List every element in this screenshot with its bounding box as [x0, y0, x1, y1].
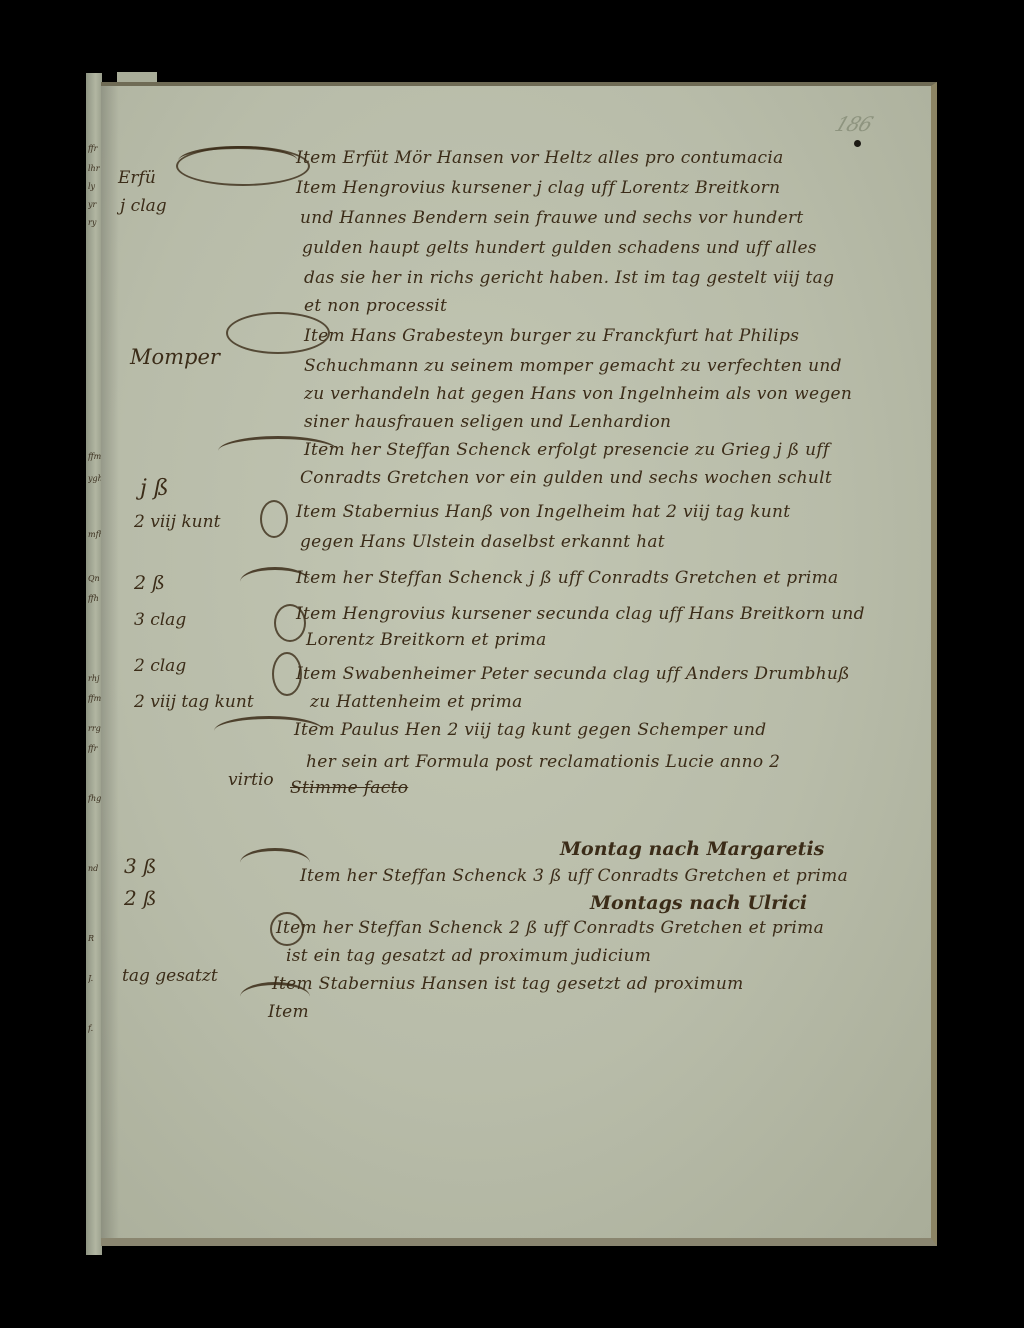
backleaf-scribble: ffm — [88, 693, 102, 704]
text-line: Item Erfüt Mör Hansen vor Heltz alles pr… — [296, 148, 784, 168]
text-line: Lorentz Breitkorn et prima — [306, 630, 547, 650]
margin-note: Momper — [130, 345, 220, 369]
text-line: Item her Steffan Schenck 3 ß uff Conradt… — [300, 866, 848, 886]
text-line: ist ein tag gesatzt ad proximum judicium — [286, 946, 651, 966]
pen-loop — [176, 146, 310, 186]
backleaf-scribble: nd — [88, 863, 102, 874]
text-line: zu verhandeln hat gegen Hans von Ingelnh… — [304, 384, 852, 404]
backleaf-scribble: rrg — [88, 723, 102, 734]
text-line: Item her Steffan Schenck j ß uff Conradt… — [296, 568, 838, 588]
ink-dot — [854, 140, 861, 147]
backleaf-scribble: mfh — [88, 529, 102, 540]
text-line: Item Hengrovius kursener j clag uff Lore… — [296, 178, 780, 198]
text-line: Schuchmann zu seinem momper gemacht zu v… — [304, 356, 842, 376]
backleaf-scribble: yr — [88, 199, 102, 210]
backleaf-scribble: ffh — [88, 593, 102, 604]
date-heading: Montag nach Margaretis — [560, 838, 824, 860]
margin-note: virtio — [228, 770, 274, 790]
text-line: Item her Steffan Schenck 2 ß uff Conradt… — [276, 918, 824, 938]
text-line: Item Hans Grabesteyn burger zu Franckfur… — [304, 326, 799, 346]
text-line: siner hausfrauen seligen und Lenhardion — [304, 412, 671, 432]
margin-note: 2 viij kunt — [134, 512, 220, 532]
margin-note: 3 clag — [134, 610, 186, 630]
text-line: Conradts Gretchen vor ein gulden und sec… — [300, 468, 832, 488]
text-line: gulden haupt gelts hundert gulden schade… — [302, 238, 817, 258]
margin-note: 2 ß — [134, 572, 165, 594]
text-line: her sein art Formula post reclamationis … — [306, 752, 780, 772]
margin-note: tag gesatzt — [122, 966, 218, 986]
margin-note: j ß — [140, 476, 169, 501]
margin-note: j clag — [120, 196, 167, 216]
backleaf-scribble: ry — [88, 217, 102, 228]
backleaf-scribble: Qn — [88, 573, 102, 584]
backleaf-scribble: ly — [88, 181, 102, 192]
text-line: das sie her in richs gericht haben. Ist … — [304, 268, 834, 288]
text-line: Item Stabernius Hanß von Ingelheim hat 2… — [296, 502, 790, 522]
margin-note: 2 viij tag kunt — [134, 692, 254, 712]
backleaf-scribble: ffr — [88, 143, 102, 154]
backleaf-scribble: lhr — [88, 163, 102, 174]
backleaf-scribble: R — [88, 933, 102, 944]
backleaf-scribble: fhg — [88, 793, 102, 804]
backleaf-scribble: ffr — [88, 743, 102, 754]
text-line: Item her Steffan Schenck erfolgt presenc… — [304, 440, 830, 460]
margin-note: 2 clag — [134, 656, 186, 676]
text-line: zu Hattenheim et prima — [310, 692, 523, 712]
margin-note: Erfü — [118, 168, 156, 188]
text-line: Item Hengrovius kursener secunda clag uf… — [296, 604, 865, 624]
backleaf-scribble: ffm — [88, 451, 102, 462]
text-line: Item — [268, 1002, 309, 1022]
margin-note: 3 ß — [124, 854, 156, 878]
backleaf-scribble: J. — [88, 973, 102, 984]
text-line: Item Paulus Hen 2 viij tag kunt gegen Sc… — [294, 720, 767, 740]
backleaf-scribble: ygh — [88, 473, 102, 484]
text-line: gegen Hans Ulstein daselbst erkannt hat — [300, 532, 665, 552]
date-heading: Montags nach Ulrici — [590, 892, 807, 914]
text-line: et non processit — [304, 296, 447, 316]
margin-note: 2 ß — [124, 886, 156, 910]
text-line: Item Swabenheimer Peter secunda clag uff… — [296, 664, 850, 684]
backleaf-scribble: f. — [88, 1023, 102, 1034]
backleaf-scribble: rhj — [88, 673, 102, 684]
text-line: Item Stabernius Hansen ist tag gesetzt a… — [272, 974, 744, 994]
previous-leaf-edge: ffr lhr ly yr ry ffm ygh mfh Qn ffh rhj … — [86, 73, 102, 1255]
text-line-struck: Stimme facto — [290, 778, 408, 798]
text-line: und Hannes Bendern sein frauwe und sechs… — [300, 208, 804, 228]
pen-loop — [260, 500, 288, 538]
